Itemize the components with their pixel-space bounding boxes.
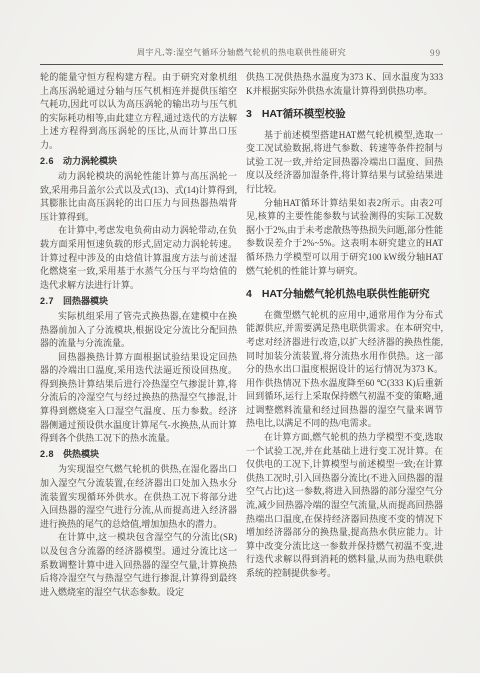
section-number: 3 (246, 108, 252, 120)
section-title: 动力涡轮模块 (63, 156, 117, 166)
section-title: 回热器模块 (63, 296, 108, 306)
section-heading-2-8: 2.8供热模块 (40, 448, 237, 461)
paragraph: 轮的能量守恒方程构建方程。由于研究对象机组上高压涡轮通过分轴与压气机相连并提供压… (40, 71, 237, 153)
left-column: 轮的能量守恒方程构建方程。由于研究对象机组上高压涡轮通过分轴与压气机相连并提供压… (40, 71, 237, 599)
page-content: 周宇凡,等:湿空气循环分轴燃气轮机的热电联供性能研究 99 轮的能量守恒方程构建… (40, 46, 443, 599)
section-number: 2.7 (40, 296, 54, 306)
section-heading-3: 3HAT循环模型校验 (246, 108, 443, 121)
paragraph: 实际机组采用了管壳式换热器,在建模中在换热器前加入了分流模块,根据设定分流比分配… (40, 310, 237, 351)
paragraph: 为实现湿空气燃气轮机的供热,在湿化器出口加入湿空气分流装置,在经济器出口处加入热… (40, 463, 237, 531)
section-number: 2.8 (40, 449, 54, 459)
section-number: 2.6 (40, 156, 54, 166)
page-number: 99 (430, 46, 441, 60)
paragraph: 基于前述模型搭建HAT燃气轮机模型,选取一变工况试验数据,将进气参数、转速等条件… (246, 129, 443, 197)
paragraph: 在计算方面,燃气轮机的热力学模型不变,选取一个试验工况,并在此基础上进行变工况计… (246, 431, 443, 581)
section-title: HAT循环模型校验 (262, 108, 346, 120)
section-heading-2-6: 2.6动力涡轮模块 (40, 155, 237, 168)
paragraph: 在微型燃气轮机的应用中,通常用作为分布式能源供应,并需要满足热电联供需求。在本研… (246, 309, 443, 431)
paragraph: 分轴HAT循环计算结果如表2所示。由表2可见,核算的主要性能参数与试验测得的实际… (246, 197, 443, 279)
paper-page: 周宇凡,等:湿空气循环分轴燃气轮机的热电联供性能研究 99 轮的能量守恒方程构建… (0, 0, 480, 673)
paragraph: 在计算中,考虑发电负荷由动力涡轮带动,在负载方面采用恒速负载的形式,固定动力涡轮… (40, 224, 237, 292)
right-column: 供热工况供热热水温度为373 K、回水温度为333 K并根据实际外供热水流量计算… (246, 71, 443, 599)
paragraph: 回热器换热计算方面根据试验结果设定回热器的冷端出口温度,采用迭代法逼近预设回热度… (40, 351, 237, 446)
header-rule (40, 64, 443, 65)
running-header: 周宇凡,等:湿空气循环分轴燃气轮机的热电联供性能研究 99 (40, 46, 443, 62)
section-title: 供热模块 (63, 449, 99, 459)
paragraph: 在计算中,这一模块包含湿空气的分流比(SR)以及包含分流器的经济器模型。通过分流… (40, 531, 237, 599)
running-title: 周宇凡,等:湿空气循环分轴燃气轮机的热电联供性能研究 (137, 48, 346, 57)
paragraph: 动力涡轮模块的涡轮性能计算与高压涡轮一致,采用弗吕盖尔公式以及式(13)、式(1… (40, 170, 237, 224)
section-number: 4 (246, 288, 252, 300)
two-column-layout: 轮的能量守恒方程构建方程。由于研究对象机组上高压涡轮通过分轴与压气机相连并提供压… (40, 71, 443, 599)
section-heading-2-7: 2.7回热器模块 (40, 295, 237, 308)
section-heading-4: 4HAT分轴燃气轮机热电联供性能研究 (246, 288, 443, 301)
section-title: HAT分轴燃气轮机热电联供性能研究 (262, 288, 430, 300)
paragraph: 供热工况供热热水温度为373 K、回水温度为333 K并根据实际外供热水流量计算… (246, 71, 443, 98)
